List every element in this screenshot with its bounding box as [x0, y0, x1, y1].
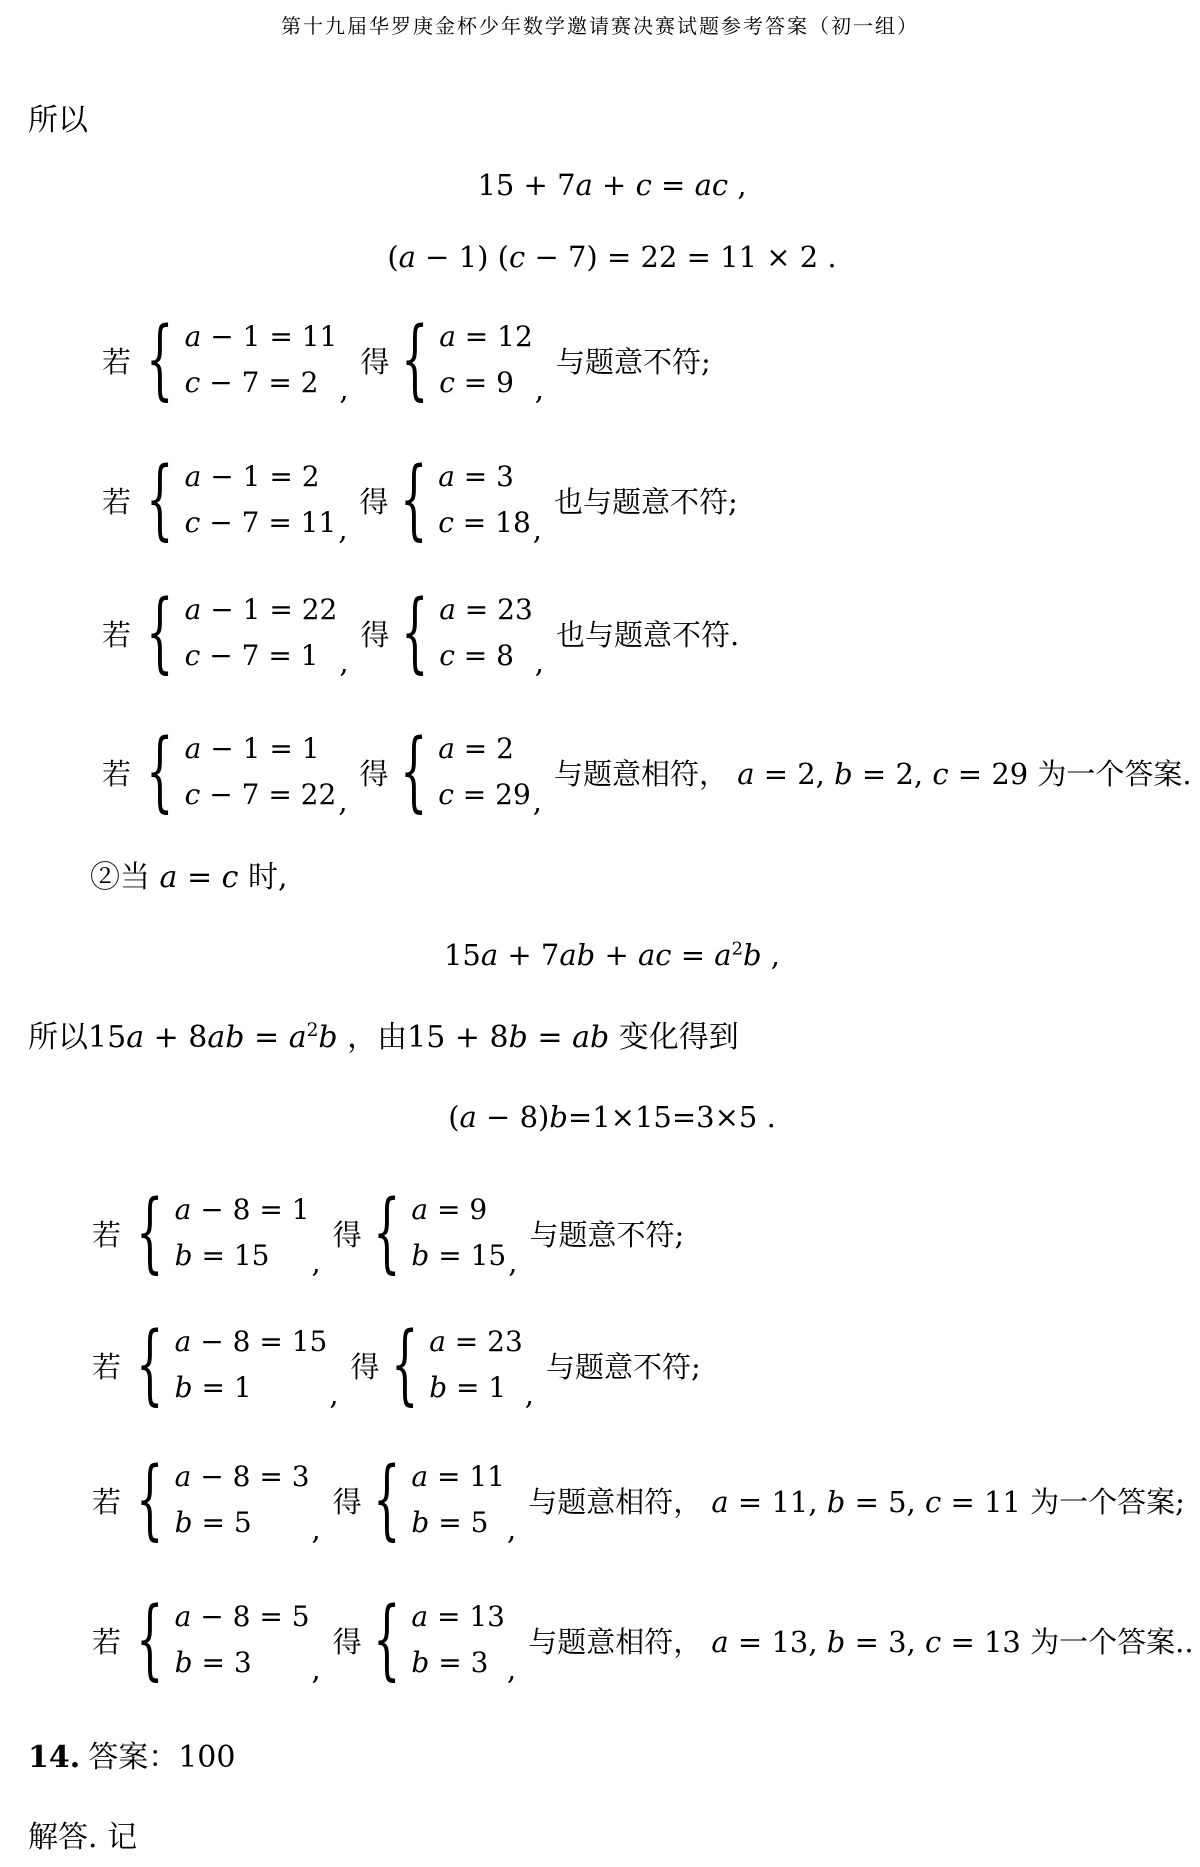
if-label: 若 — [92, 1345, 121, 1386]
if-label: 若 — [102, 340, 131, 381]
condition-line-2: c − 7 = 1 — [179, 633, 338, 679]
result-line-1: a = 13 — [405, 1594, 505, 1640]
result-line-2: c = 9 — [433, 360, 533, 406]
result-system: { a = 23 b = 1 — [390, 1319, 523, 1411]
case-conclusion: 与题意相符， a = 2, b = 2, c = 29 为一个答案. — [554, 752, 1192, 793]
case-row-ab-1: 若 { a − 8 = 1 b = 15 , 得 { a = 9 b = 15 … — [92, 1173, 684, 1293]
condition-line-1: a − 8 = 15 — [169, 1319, 328, 1365]
case-conclusion: 与题意相符， a = 11, b = 5, c = 11 为一个答案; — [528, 1480, 1185, 1521]
comma: , — [535, 372, 544, 406]
then-label: 得 — [361, 613, 390, 654]
condition-system: { a − 8 = 1 b = 15 — [135, 1187, 310, 1279]
case-row-ac-2: 若 { a − 1 = 2 c − 7 = 11 , 得 { a = 3 c =… — [102, 440, 738, 560]
comma: , — [533, 784, 542, 818]
result-system: { a = 2 c = 29 — [399, 726, 531, 818]
result-system: { a = 23 c = 8 — [400, 587, 533, 679]
case-conclusion: 与题意不符; — [556, 340, 711, 381]
left-brace: { — [400, 459, 427, 542]
case-row-ab-4: 若 { a − 8 = 5 b = 3 , 得 { a = 13 b = 3 ,… — [92, 1580, 1194, 1700]
result-system: { a = 11 b = 5 — [372, 1454, 505, 1546]
result-line-2: c = 8 — [433, 633, 533, 679]
left-brace: { — [400, 731, 427, 814]
left-brace: { — [373, 1459, 400, 1542]
result-line-2: b = 1 — [423, 1365, 523, 1411]
if-label: 若 — [92, 1620, 121, 1661]
then-label: 得 — [360, 480, 389, 521]
result-line-2: b = 15 — [405, 1233, 506, 1279]
left-brace: { — [146, 592, 173, 675]
condition-line-1: a − 1 = 2 — [179, 454, 337, 500]
document-title: 第十九届华罗庚金杯少年数学邀请赛决赛试题参考答案（初一组） — [0, 10, 1200, 39]
left-brace: { — [146, 319, 173, 402]
comma: , — [535, 645, 544, 679]
case-conclusion: 也与题意不符. — [556, 613, 739, 654]
comma: , — [339, 645, 348, 679]
result-line-1: a = 9 — [405, 1187, 506, 1233]
result-line-1: a = 3 — [432, 454, 531, 500]
condition-system: { a − 1 = 11 c − 7 = 2 — [145, 314, 337, 406]
paragraph-suoyi: 所以 — [28, 95, 88, 139]
then-label: 得 — [333, 1213, 362, 1254]
condition-line-1: a − 8 = 5 — [169, 1594, 310, 1640]
left-brace: { — [146, 459, 173, 542]
condition-line-1: a − 1 = 11 — [179, 314, 338, 360]
condition-system: { a − 1 = 2 c − 7 = 11 — [145, 454, 336, 546]
then-label: 得 — [333, 1620, 362, 1661]
result-line-1: a = 12 — [433, 314, 533, 360]
case-row-ab-2: 若 { a − 8 = 15 b = 1 , 得 { a = 23 b = 1 … — [92, 1305, 701, 1425]
result-system: { a = 3 c = 18 — [399, 454, 531, 546]
condition-line-1: a − 8 = 3 — [169, 1454, 310, 1500]
case-row-ac-3: 若 { a − 1 = 22 c − 7 = 1 , 得 { a = 23 c … — [102, 573, 739, 693]
comma: , — [312, 1245, 321, 1279]
comma: , — [533, 512, 542, 546]
problem-number: 14. — [28, 1740, 80, 1775]
result-line-1: a = 23 — [433, 587, 533, 633]
if-label: 若 — [102, 480, 131, 521]
left-brace: { — [136, 1459, 163, 1542]
condition-line-2: b = 15 — [169, 1233, 310, 1279]
condition-line-1: a − 1 = 1 — [179, 726, 337, 772]
condition-line-2: b = 5 — [169, 1500, 310, 1546]
left-brace: { — [391, 1324, 418, 1407]
case-conclusion: 与题意相符， a = 13, b = 3, c = 13 为一个答案.. — [528, 1620, 1193, 1661]
result-line-2: b = 5 — [405, 1500, 505, 1546]
condition-system: { a − 1 = 1 c − 7 = 22 — [145, 726, 336, 818]
condition-line-2: c − 7 = 22 — [179, 772, 337, 818]
paragraph-jieda: 解答. 记 — [28, 1812, 137, 1856]
then-label: 得 — [360, 752, 389, 793]
condition-line-1: a − 1 = 22 — [179, 587, 338, 633]
case-conclusion: 与题意不符; — [529, 1213, 684, 1254]
equation-3: 15a + 7ab + ac = a2b , — [12, 938, 1200, 972]
then-label: 得 — [351, 1345, 380, 1386]
if-label: 若 — [92, 1480, 121, 1521]
paragraph-suoyi2: 所以15a + 8ab = a2b ，由15 + 8b = ab 变化得到 — [28, 1012, 739, 1056]
answer-value: 100 — [178, 1740, 235, 1775]
left-brace: { — [373, 1599, 400, 1682]
comma: , — [312, 1652, 321, 1686]
result-system: { a = 13 b = 3 — [372, 1594, 505, 1686]
paragraph-case2-intro: ②当 a = c 时, — [90, 852, 288, 896]
then-label: 得 — [361, 340, 390, 381]
if-label: 若 — [92, 1213, 121, 1254]
document-page: 第十九届华罗庚金杯少年数学邀请赛决赛试题参考答案（初一组） 所以 15 + 7a… — [0, 0, 1200, 1867]
condition-system: { a − 1 = 22 c − 7 = 1 — [145, 587, 337, 679]
left-brace: { — [401, 592, 428, 675]
condition-system: { a − 8 = 5 b = 3 — [135, 1594, 310, 1686]
case-row-ac-1: 若 { a − 1 = 11 c − 7 = 2 , 得 { a = 12 c … — [102, 300, 711, 420]
equation-1: 15 + 7a + c = ac , — [12, 168, 1200, 202]
left-brace: { — [136, 1324, 163, 1407]
condition-system: { a − 8 = 3 b = 5 — [135, 1454, 310, 1546]
left-brace: { — [136, 1599, 163, 1682]
comma: , — [525, 1377, 534, 1411]
result-system: { a = 12 c = 9 — [400, 314, 533, 406]
answer-14-line: 14.答案：100 — [28, 1732, 235, 1776]
case-row-ac-4: 若 { a − 1 = 1 c − 7 = 22 , 得 { a = 2 c =… — [102, 712, 1192, 832]
equation-4: (a − 8)b=1×15=3×5 . — [12, 1100, 1200, 1134]
left-brace: { — [373, 1192, 400, 1275]
result-line-2: c = 29 — [432, 772, 531, 818]
equation-2: (a − 1) (c − 7) = 22 = 11 × 2 . — [12, 240, 1200, 274]
case-row-ab-3: 若 { a − 8 = 3 b = 5 , 得 { a = 11 b = 5 ,… — [92, 1440, 1185, 1560]
result-line-1: a = 11 — [405, 1454, 505, 1500]
case-conclusion: 也与题意不符; — [554, 480, 738, 521]
answer-label: 答案： — [88, 1740, 178, 1775]
case-conclusion: 与题意不符; — [546, 1345, 701, 1386]
left-brace: { — [136, 1192, 163, 1275]
comma: , — [339, 372, 348, 406]
comma: , — [329, 1377, 338, 1411]
left-brace: { — [401, 319, 428, 402]
result-line-2: c = 18 — [432, 500, 531, 546]
left-brace: { — [146, 731, 173, 814]
comma: , — [507, 1512, 516, 1546]
comma: , — [507, 1652, 516, 1686]
comma: , — [312, 1512, 321, 1546]
condition-line-1: a − 8 = 1 — [169, 1187, 310, 1233]
result-system: { a = 9 b = 15 — [372, 1187, 506, 1279]
comma: , — [338, 784, 347, 818]
result-line-1: a = 2 — [432, 726, 531, 772]
result-line-1: a = 23 — [423, 1319, 523, 1365]
condition-system: { a − 8 = 15 b = 1 — [135, 1319, 327, 1411]
condition-line-2: b = 1 — [169, 1365, 328, 1411]
result-line-2: b = 3 — [405, 1640, 505, 1686]
comma: , — [508, 1245, 517, 1279]
if-label: 若 — [102, 613, 131, 654]
condition-line-2: b = 3 — [169, 1640, 310, 1686]
if-label: 若 — [102, 752, 131, 793]
condition-line-2: c − 7 = 11 — [179, 500, 337, 546]
then-label: 得 — [333, 1480, 362, 1521]
comma: , — [338, 512, 347, 546]
condition-line-2: c − 7 = 2 — [179, 360, 338, 406]
